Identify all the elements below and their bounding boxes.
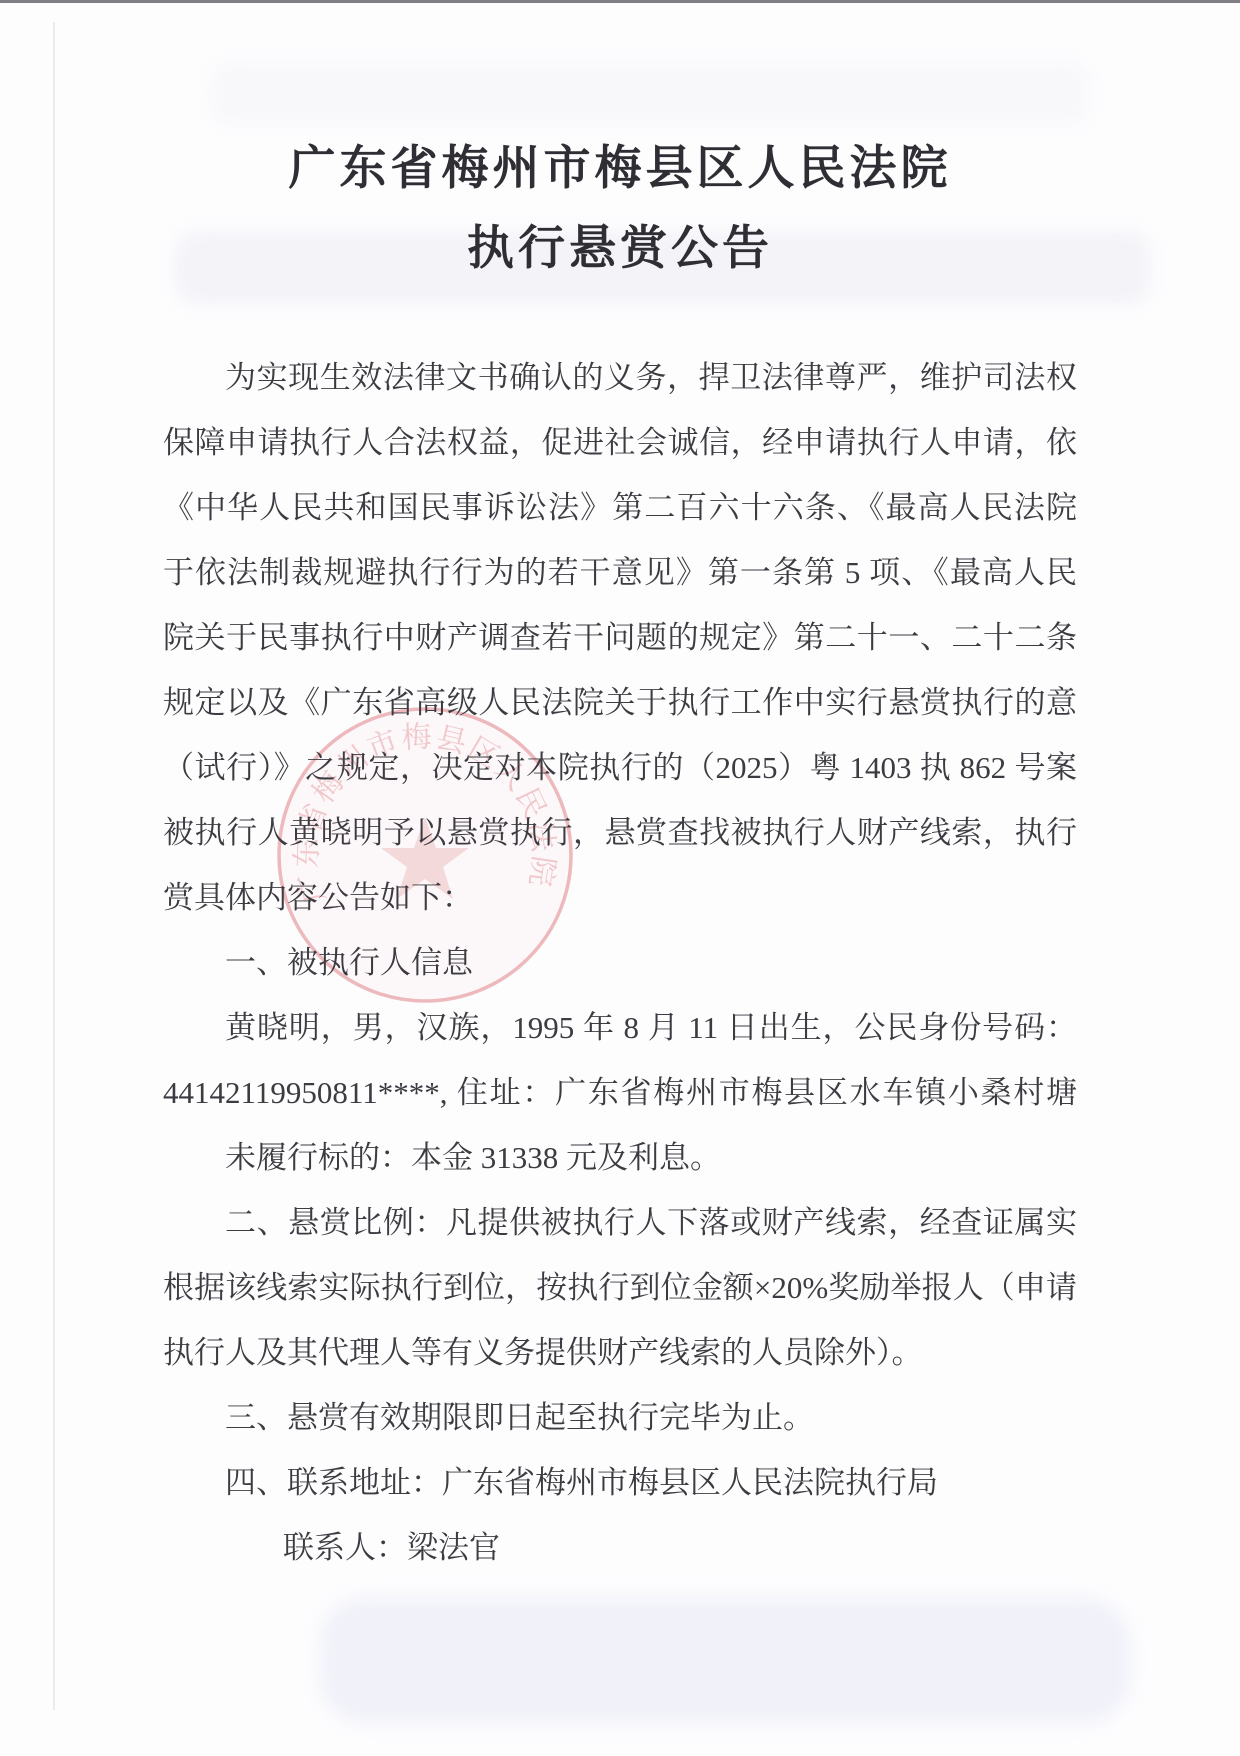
scanned-court-document: 广东省梅州市梅县区人民法院 广东省梅州市梅县区人民法院 执行悬赏公告 为实现生效… <box>0 0 1240 1756</box>
scan-edge-artifact-top <box>0 0 1240 3</box>
document-line: （试行）》之规定，决定对本院执行的（2025）粤 1403 执 862 号案 <box>163 735 1077 800</box>
document-line: 执行人及其代理人等有义务提供财产线索的人员除外）。 <box>163 1320 1077 1385</box>
document-section-heading: 四、联系地址：广东省梅州市梅县区人民法院执行局 <box>163 1450 1077 1515</box>
document-section-heading: 三、悬赏有效期限即日起至执行完毕为止。 <box>163 1385 1077 1450</box>
document-line: 赏具体内容公告如下： <box>163 865 1077 930</box>
document-line: 被执行人黄晓明予以悬赏执行，悬赏查找被执行人财产线索，执行悬 <box>163 800 1077 865</box>
document-line: 黄晓明，男，汉族，1995 年 8 月 11 日出生，公民身份号码： <box>163 995 1077 1060</box>
document-line: 规定以及《广东省高级人民法院关于执行工作中实行悬赏执行的意见 <box>163 670 1077 735</box>
document-line: 未履行标的：本金 31338 元及利息。 <box>163 1125 1077 1190</box>
document-line: 为实现生效法律文书确认的义务，捍卫法律尊严，维护司法权威， <box>163 345 1077 410</box>
document-section-heading: 一、被执行人信息 <box>163 930 1077 995</box>
bleedthrough-smudge <box>320 1598 1130 1723</box>
document-line: 于依法制裁规避执行行为的若干意见》第一条第 5 项、《最高人民法 <box>163 540 1077 605</box>
document-title-line1: 广东省梅州市梅县区人民法院 <box>0 138 1240 200</box>
document-line: 院关于民事执行中财产调查若干问题的规定》第二十一、二十二条的 <box>163 605 1077 670</box>
document-line: 44142119950811****, 住址：广东省梅州市梅县区水车镇小桑村塘头… <box>163 1060 1077 1125</box>
bleedthrough-smudge <box>210 62 1090 126</box>
document-line: 《中华人民共和国民事诉讼法》第二百六十六条、《最高人民法院关 <box>163 475 1077 540</box>
document-section-heading: 二、悬赏比例：凡提供被执行人下落或财产线索，经查证属实并 <box>163 1190 1077 1255</box>
document-title-line2: 执行悬赏公告 <box>0 218 1240 280</box>
document-line: 联系人：梁法官 <box>163 1515 1077 1580</box>
document-body: 为实现生效法律文书确认的义务，捍卫法律尊严，维护司法权威， 保障申请执行人合法权… <box>163 345 1077 1580</box>
document-line: 根据该线索实际执行到位，按执行到位金额×20%奖励举报人（申请 <box>163 1255 1077 1320</box>
document-line: 保障申请执行人合法权益，促进社会诚信，经申请执行人申请，依据 <box>163 410 1077 475</box>
